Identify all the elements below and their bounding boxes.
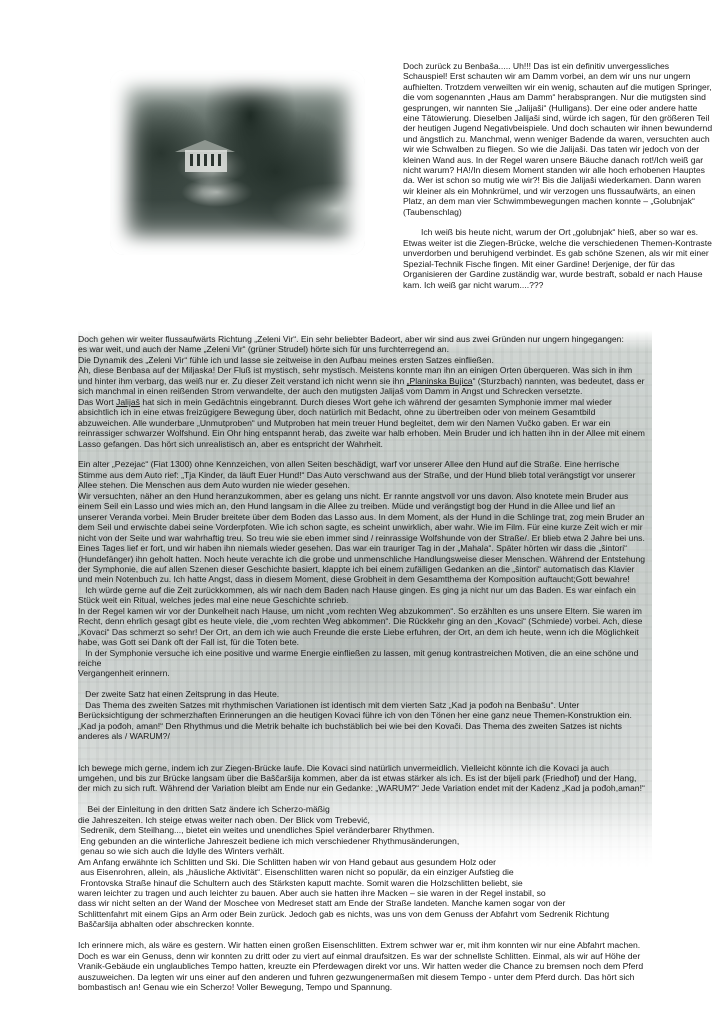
paragraph-gap [78, 930, 658, 940]
text-line-with-underline: und hinter ihm verbarg, das weiß nur er.… [78, 376, 658, 386]
text-line: Wir versuchten, näher an den Hund heranz… [78, 491, 658, 501]
text-line: Bei der Einleitung in den dritten Satz ä… [78, 804, 658, 814]
text-line: anderes als / WARUM?/ [78, 731, 658, 741]
text-line: Doch gehen wir weiter flussaufwärts Rich… [78, 334, 658, 344]
text-line: dass wir nicht selten an der Wand der Mo… [78, 898, 658, 908]
text-line: Stück weit ein Ritual, welches jedes mal… [78, 595, 658, 605]
text-line: reinrassiger schwarzer Wolfshund. Ein Oh… [78, 428, 658, 438]
text-line: Ein alter „Pezejac“ (Fiat 1300) ohne Ken… [78, 459, 658, 469]
text-line: habe, was Gott sei Dank oft der Fall ist… [78, 637, 658, 647]
text-line: Vergangenheit erinnern. [78, 668, 658, 678]
text-line: Ah, diese Benbasa auf der Miljaska! Der … [78, 365, 658, 375]
text-line: Sedrenik, dem Steilhang..., bietet ein w… [78, 825, 658, 835]
text-line: es war weit, und auch der Name „Zeleni V… [78, 344, 658, 354]
text-line: Eines Tages lief er fort, und wir haben … [78, 543, 658, 553]
paragraph-gap [78, 449, 658, 459]
text-line: Frontovska Straße hinauf die Schultern a… [78, 878, 658, 888]
text-line: aus Eisenrohren, allein, als „häusliche … [78, 867, 658, 877]
text-line: Recht, denn ehrlich gesagt gibt es heute… [78, 616, 658, 626]
text-line: „Kovaci“ Das schmerzt so sehr! Der Ort, … [78, 627, 658, 637]
text-line: Stimme aus dem Auto rief: „Tja Kinder, d… [78, 470, 658, 480]
text-line: genau so wie sich auch die Idylle des Wi… [78, 846, 658, 856]
underlined-term-jalijas: Jalijaš [116, 397, 140, 407]
text-line: einem Seil ein Lasso und wies mich an, d… [78, 501, 658, 511]
text-line: der mich zu sich ruft. Während der Varia… [78, 783, 658, 793]
text-line-with-underline: Das Wort Jalijaš hat sich in mein Gedäch… [78, 397, 658, 407]
text-line: reiche [78, 658, 658, 668]
text-line: Lasso gefangen. Das hört sich unrealisti… [78, 439, 658, 449]
vintage-riverside-photo [110, 70, 365, 255]
text-line: Berücksichtigung der schmerzhaften Erinn… [78, 710, 658, 720]
text-line: sich manchmal in einen reißenden Strom v… [78, 386, 658, 396]
text-line: unserer Veranda vorbei. Mein Bruder brei… [78, 512, 658, 522]
text-line: (Hundefänger) ihn geholt hatten. Noch he… [78, 554, 658, 564]
text-line: Der zweite Satz hat einen Zeitsprung in … [78, 689, 658, 699]
text-line: auszuweichen. Da legten wir uns einer au… [78, 972, 658, 982]
photo-house-windows [190, 154, 222, 166]
paragraph-golubnjak: Ich weiß bis heute nicht, warum der Ort … [403, 227, 713, 289]
text-line: Vranik-Gebäude ein unglaubliches Tempo h… [78, 961, 658, 971]
text-line: Allee stehen. Die Menschen aus dem Auto … [78, 480, 658, 490]
text-line: der Symphonie, die auf allen Szenen dies… [78, 564, 658, 574]
paragraph-gap [78, 742, 658, 763]
text-line: Eng gebunden an die winterliche Jahresze… [78, 836, 658, 846]
text-line: Schlittenfahrt mit einem Gips an Arm ode… [78, 909, 658, 919]
paragraph-gap [78, 679, 658, 689]
text-line: die Jahreszeiten. Ich steige etwas weite… [78, 815, 658, 825]
text-line: „Kad ja pođoh, aman!“ Den Rhythmus und d… [78, 721, 658, 731]
document-page: Doch zurück zu Benbaša..... Uh!!! Das is… [0, 0, 724, 1024]
text-line: dem Seil und erwischte dabei seine Vorde… [78, 522, 658, 532]
text-line: nicht von der Seite und war wahrhaftig t… [78, 533, 658, 543]
text-line: Das Thema des zweiten Satzes mit rhythmi… [78, 700, 658, 710]
paragraph-gap [78, 794, 658, 804]
text-line: Ich erinnere mich, als wäre es gestern. … [78, 940, 658, 950]
text-line: abzuweichen. Alle wunderbare „Unmutprobe… [78, 418, 658, 428]
right-column-text: Doch zurück zu Benbaša..... Uh!!! Das is… [403, 61, 713, 290]
underlined-term-planinska-bujica: „Planinska Bujica [407, 376, 473, 386]
text-line: Ich würde gerne auf die Zeit zurückkomme… [78, 585, 658, 595]
text-line: Am Anfang erwähnte ich Schlitten und Ski… [78, 857, 658, 867]
text-line: Doch es war ein Genuss, denn wir konnten… [78, 951, 658, 961]
text-line: In der Symphonie versuche ich eine posit… [78, 648, 658, 658]
paragraph-benbasa: Doch zurück zu Benbaša..... Uh!!! Das is… [403, 61, 713, 217]
text-line: absichtlich ich in eine etwas freizügige… [78, 407, 658, 417]
text-line: waren leichter zu tragen und auch leicht… [78, 888, 658, 898]
text-line: Ich bewege mich gerne, indem ich zur Zie… [78, 763, 658, 773]
text-line: Die Dynamik des „Zeleni Vir“ fühle ich u… [78, 355, 658, 365]
text-line: umgehen, und bis zur Brücke langsam über… [78, 773, 658, 783]
text-line: Baščaršija abhalten oder abschrecken kon… [78, 919, 658, 929]
text-line: und mein Notenbuch zu. Ich hatte Angst, … [78, 574, 658, 584]
text-line: bombastisch an! Genau wie ein Scherzo! V… [78, 982, 658, 992]
text-line: In der Regel kamen wir vor der Dunkelhei… [78, 606, 658, 616]
main-body-text: Doch gehen wir weiter flussaufwärts Rich… [78, 334, 658, 992]
